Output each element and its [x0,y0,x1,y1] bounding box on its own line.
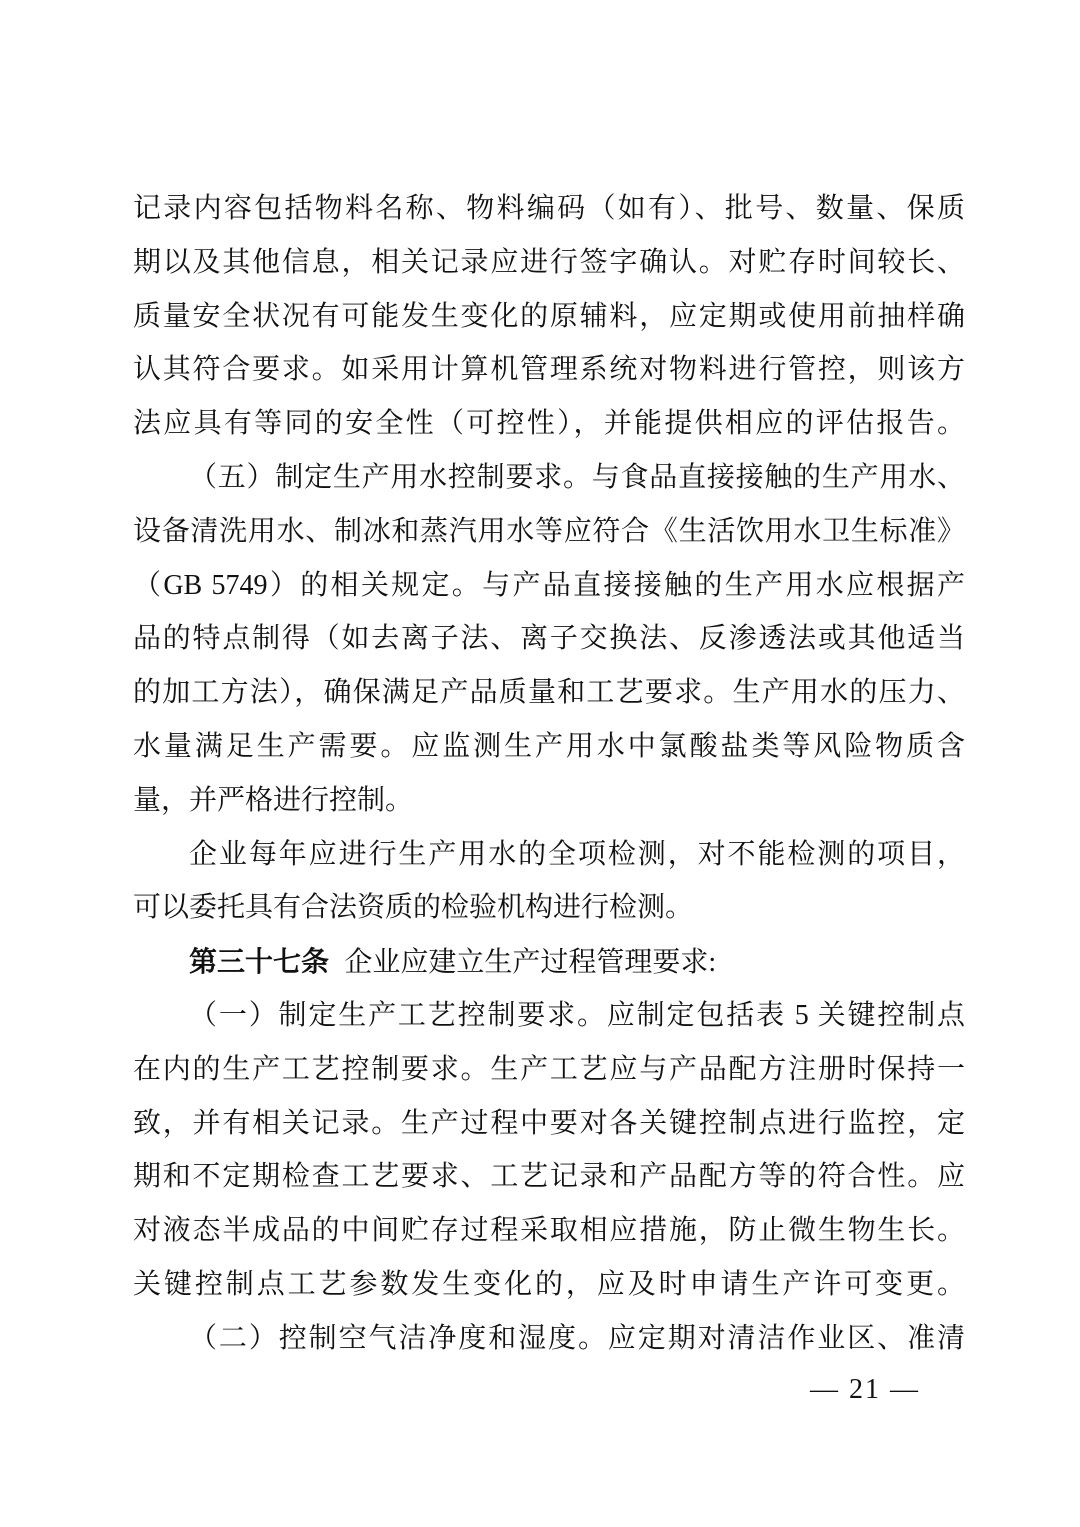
text-line: 认其符合要求。如采用计算机管理系统对物料进行管控，则该方 [133,343,965,397]
text-line: 的加工方法），确保满足产品质量和工艺要求。生产用水的压力、 [133,666,965,720]
document-body: 记录内容包括物料名称、物料编码（如有）、批号、数量、保质 期以及其他信息，相关记… [133,182,965,1366]
text-line: 关键控制点工艺参数发生变化的，应及时申请生产许可变更。 [133,1258,965,1312]
text-line: 致，并有相关记录。生产过程中要对各关键控制点进行监控，定 [133,1097,965,1151]
article-title: 企业应建立生产过程管理要求: [344,947,716,978]
text-line: 对液态半成品的中间贮存过程采取相应措施，防止微生物生长。 [133,1204,965,1258]
text-line: 记录内容包括物料名称、物料编码（如有）、批号、数量、保质 [133,182,965,236]
text-line: 质量安全状况有可能发生变化的原辅料，应定期或使用前抽样确 [133,290,965,344]
text-line: （一）制定生产工艺控制要求。应制定包括表 5 关键控制点 [133,989,965,1043]
article-number: 第三十七条 [189,946,329,977]
text-line: 品的特点制得（如去离子法、离子交换法、反渗透法或其他适当 [133,612,965,666]
text-line: （五）制定生产用水控制要求。与食品直接接触的生产用水、 [133,451,965,505]
text-line: （GB 5749）的相关规定。与产品直接接触的生产用水应根据产 [133,559,965,613]
text-line: 法应具有等同的安全性（可控性），并能提供相应的评估报告。 [133,397,965,451]
text-line: 企业每年应进行生产用水的全项检测，对不能检测的项目， [133,828,965,882]
article-heading-line: 第三十七条企业应建立生产过程管理要求: [133,935,965,989]
text-line: 期和不定期检查工艺要求、工艺记录和产品配方等的符合性。应 [133,1150,965,1204]
text-line: 可以委托具有合法资质的检验机构进行检测。 [133,881,965,935]
text-line: （二）控制空气洁净度和湿度。应定期对清洁作业区、准清 [133,1312,965,1366]
document-page: 记录内容包括物料名称、物料编码（如有）、批号、数量、保质 期以及其他信息，相关记… [0,0,1080,1527]
text-line: 设备清洗用水、制冰和蒸汽用水等应符合《生活饮用水卫生标准》 [133,505,965,559]
text-line: 期以及其他信息，相关记录应进行签字确认。对贮存时间较长、 [133,236,965,290]
page-number: — 21 — [810,1374,920,1406]
text-line: 在内的生产工艺控制要求。生产工艺应与产品配方注册时保持一 [133,1043,965,1097]
text-line: 水量满足生产需要。应监测生产用水中氯酸盐类等风险物质含 [133,720,965,774]
text-line: 量，并严格进行控制。 [133,774,965,828]
